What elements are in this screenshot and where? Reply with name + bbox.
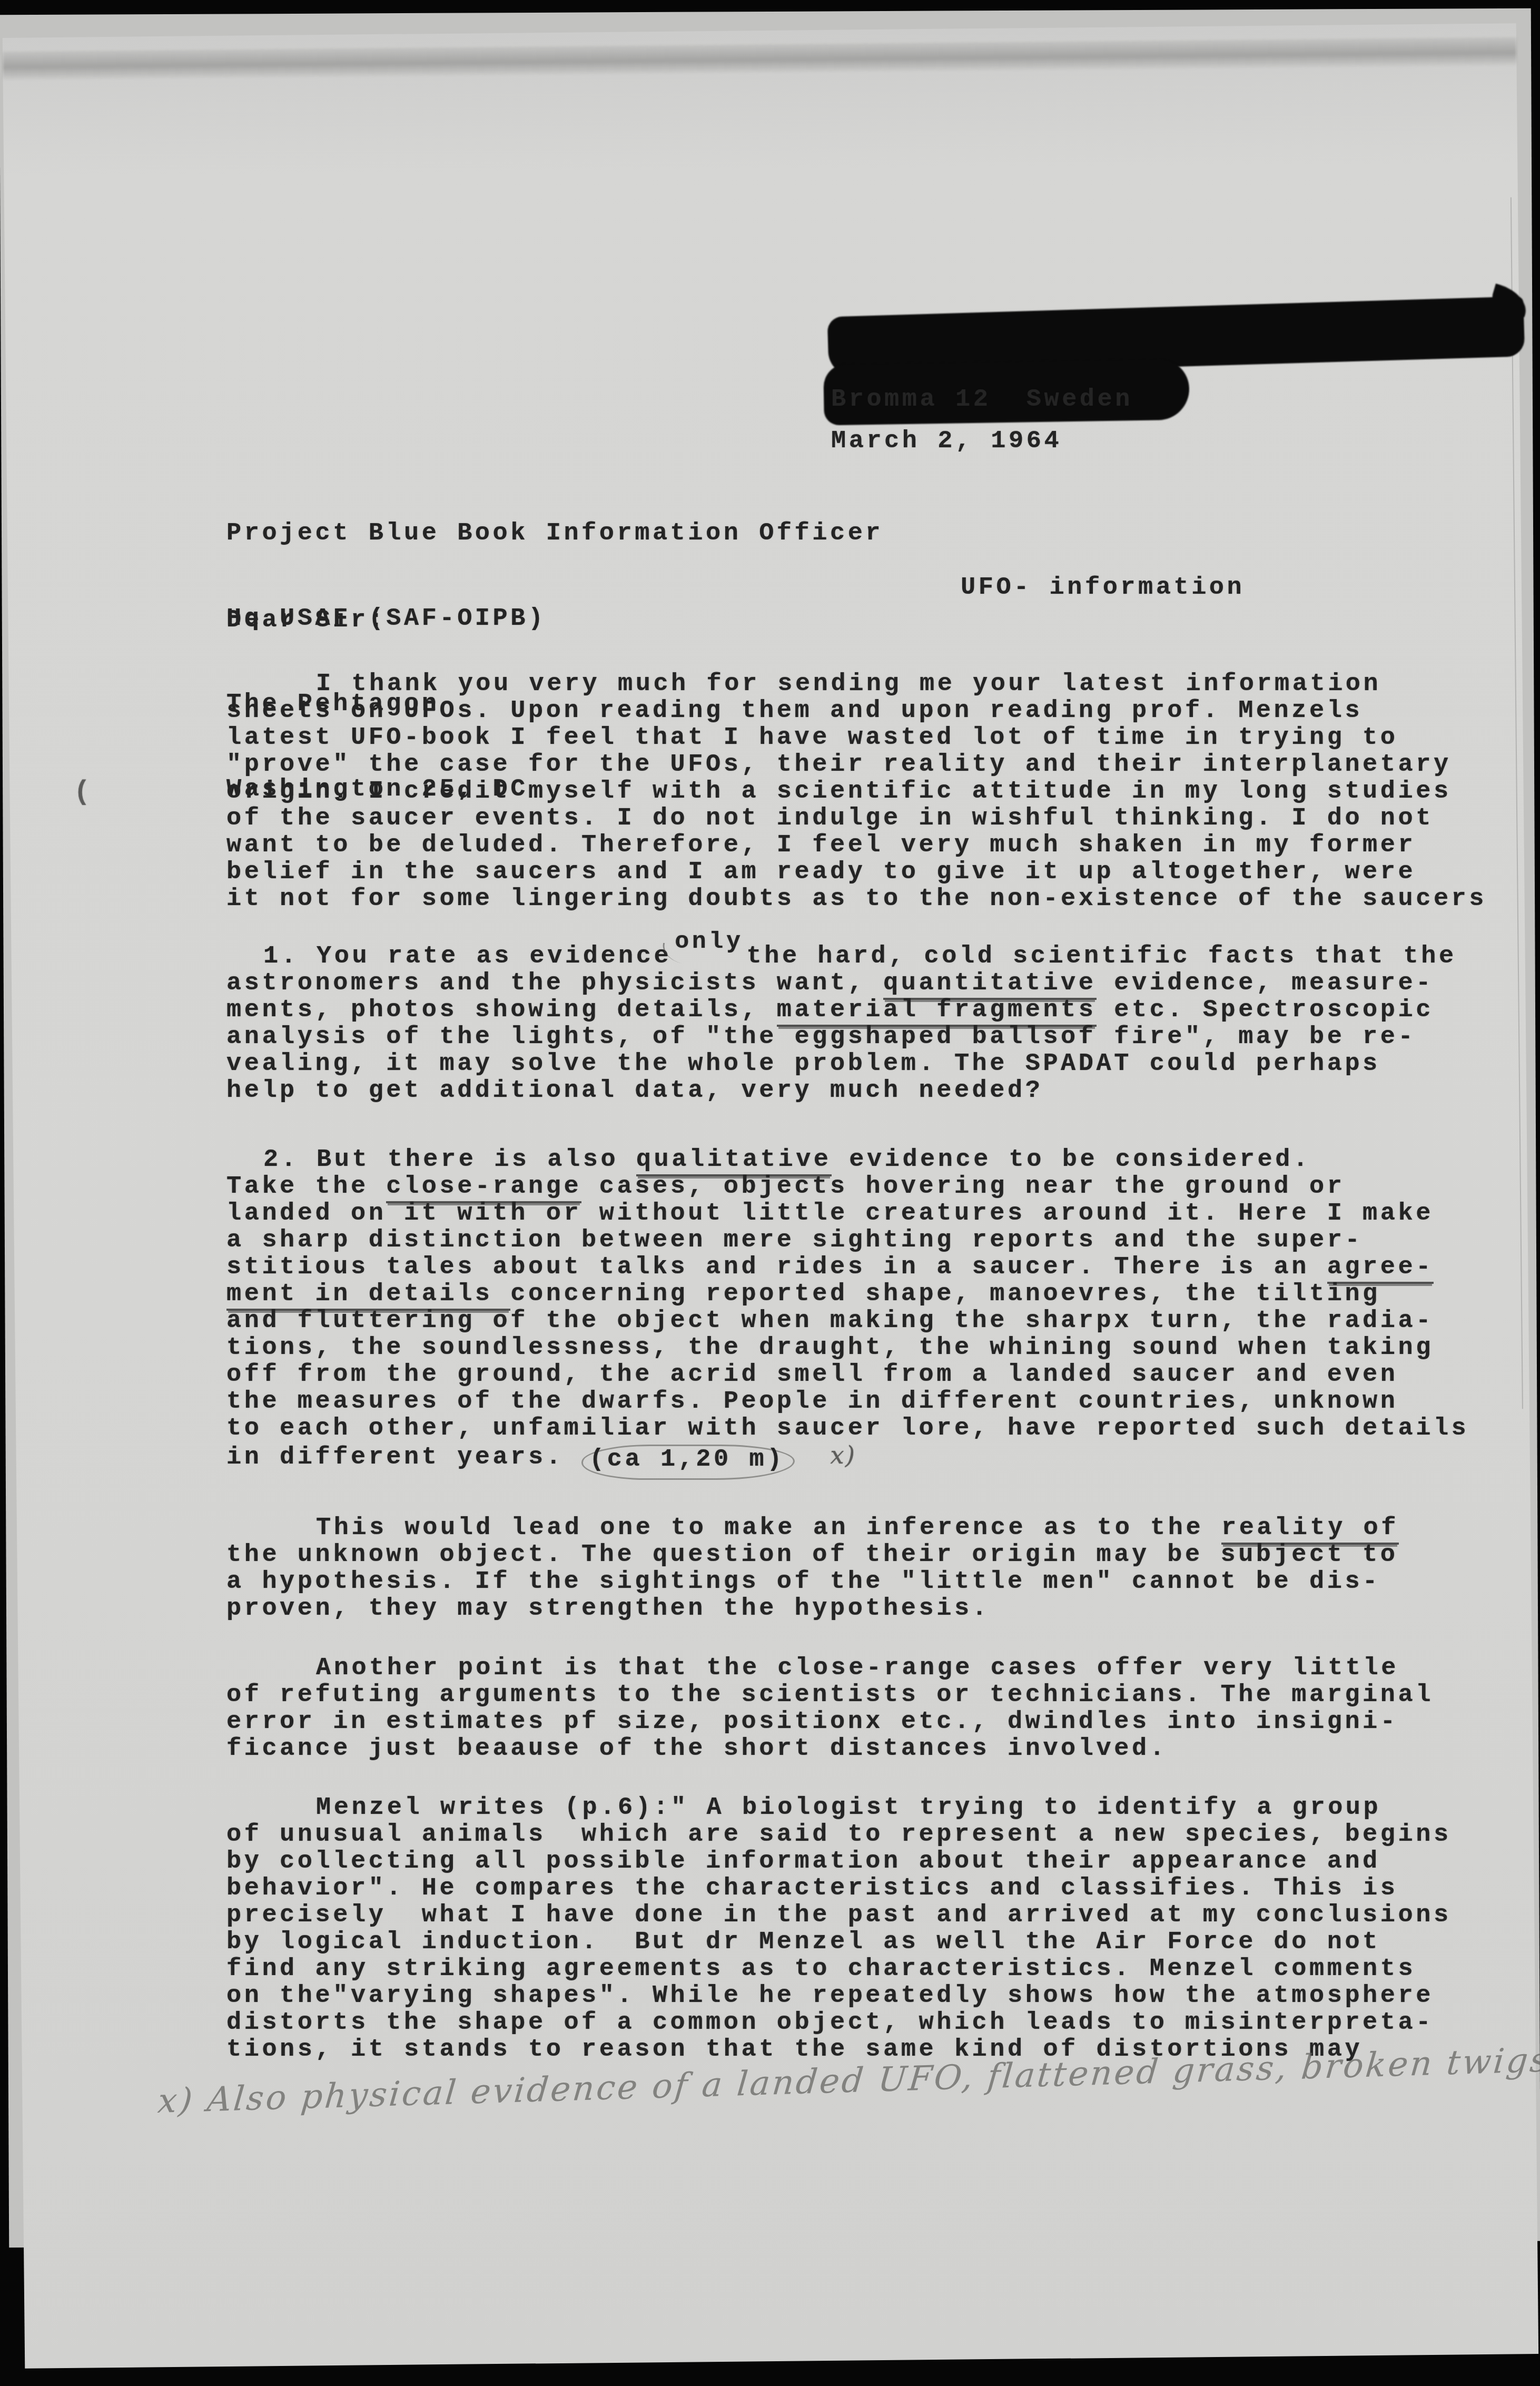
- text-segment: find any striking agreements as to chara…: [226, 1955, 1416, 1983]
- text-segment: 2. But there is also: [263, 1146, 636, 1174]
- salutation: Dear Sir:: [226, 607, 386, 634]
- text-segment: ments, photos showing details,: [226, 996, 777, 1024]
- text-segment: sheets on UFOs. Upon reading them and up…: [226, 697, 1363, 725]
- letter-line: proven, they may strengthen the hypothes…: [226, 1595, 1527, 1622]
- letter-date: March 2, 1964: [831, 428, 1062, 455]
- text-segment: proven, they may strengthen the hypothes…: [226, 1595, 990, 1623]
- inserted-word: only: [675, 928, 743, 955]
- letter-line: 2. But there is also qualitative evidenc…: [226, 1146, 1527, 1173]
- text-segment: Take the: [226, 1173, 386, 1201]
- text-segment: origin. I credit myself with a scientifi…: [226, 778, 1452, 806]
- text-segment: by logical induction. But dr Menzel as w…: [226, 1928, 1380, 1956]
- underlined-text: qualitative: [636, 1146, 832, 1176]
- letter-line: the unknown object. The question of thei…: [226, 1541, 1527, 1568]
- text-segment: latest UFO-book I feel that I have waste…: [226, 724, 1398, 752]
- text-segment: cases, objects hovering near the ground …: [581, 1173, 1345, 1201]
- text-segment: a hypothesis. If the sightings of the "l…: [226, 1568, 1380, 1596]
- letter-line: origin. I credit myself with a scientifi…: [226, 778, 1527, 805]
- text-segment: off from the ground, the acrid smell fro…: [226, 1361, 1398, 1389]
- text-segment: the measures of the dwarfs. People in di…: [226, 1388, 1398, 1416]
- letter-line: a hypothesis. If the sightings of the "l…: [226, 1568, 1527, 1595]
- paragraph: Another point is that the close-range ca…: [226, 1655, 1527, 1762]
- letter-line: vealing, it may solve the whole problem.…: [226, 1050, 1527, 1077]
- letter-line: tions, the soundlessness, the draught, t…: [226, 1334, 1527, 1361]
- letter-line: sheets on UFOs. Upon reading them and up…: [226, 698, 1527, 724]
- text-segment: 1. You rate as evidence: [263, 942, 672, 970]
- letter-line: the measures of the dwarfs. People in di…: [226, 1388, 1527, 1415]
- letter-line: distorts the shape of a common object, w…: [226, 2009, 1527, 2036]
- text-segment: want to be deluded. Therefore, I feel ve…: [226, 831, 1416, 859]
- letter-line: I thank you very much for sending me you…: [226, 671, 1527, 698]
- paragraph: This would lead one to make an inference…: [226, 1515, 1527, 1622]
- text-segment: ficance just beaause of the short distan…: [226, 1735, 1167, 1763]
- letter-line: it not for some lingering doubts as to t…: [226, 886, 1527, 912]
- letter-line: by logical induction. But dr Menzel as w…: [226, 1929, 1527, 1956]
- recipient-line: Project Blue Book Information Officer: [226, 519, 883, 548]
- letter-line: belief in the saucers and I am ready to …: [226, 859, 1527, 886]
- subject-line: UFO- information: [961, 574, 1245, 601]
- scanned-letter-screenshot: { "letter": { "sender": { "city_line": "…: [0, 0, 1540, 2386]
- letter-line: of unusual animals which are said to rep…: [226, 1821, 1527, 1848]
- letter-line: latest UFO-book I feel that I have waste…: [226, 724, 1527, 751]
- circled-text: (ca 1,20 m): [581, 1445, 795, 1480]
- margin-pencil-mark: (: [74, 779, 93, 806]
- text-segment: distorts the shape of a common object, w…: [226, 2009, 1434, 2037]
- underlined-text: quantitative: [883, 969, 1096, 1000]
- paragraph: 1. You rate as evidenceonlythe hard, col…: [226, 943, 1527, 1104]
- text-segment: belief in the saucers and I am ready to …: [226, 858, 1416, 886]
- text-segment: of unusual animals which are said to rep…: [226, 1821, 1452, 1849]
- letter-line: find any striking agreements as to chara…: [226, 1956, 1527, 1982]
- text-segment: This would lead one to make an inference…: [316, 1514, 1221, 1542]
- text-segment: evidence to be considered.: [832, 1146, 1311, 1174]
- text-segment: by collecting all possible information a…: [226, 1848, 1380, 1876]
- letter-line: off from the ground, the acrid smell fro…: [226, 1361, 1527, 1388]
- letter-line: astronomers and the physicists want, qua…: [226, 970, 1527, 997]
- text-segment: analysis of the lights, of "the eggshape…: [226, 1023, 1416, 1051]
- letter-line: 1. You rate as evidenceonlythe hard, col…: [226, 943, 1527, 970]
- text-segment: Menzel writes (p.6):" A biologist trying…: [316, 1794, 1381, 1822]
- letter-line: Take the close-range cases, objects hove…: [226, 1173, 1527, 1200]
- text-segment: of refuting arguments to the scientists …: [226, 1681, 1434, 1709]
- letter-line: in different years. (ca 1,20 m) x): [226, 1442, 1527, 1469]
- text-segment: stitious tales about talks and rides in …: [226, 1253, 1327, 1281]
- letter-line: "prove" the case for the UFOs, their rea…: [226, 751, 1527, 778]
- text-segment: help to get additional data, very much n…: [226, 1077, 1043, 1105]
- letter-line: of the saucer events. I do not indulge i…: [226, 805, 1527, 832]
- text-segment: on the"varying shapes". While he repeate…: [226, 1982, 1434, 2010]
- letter-line: of refuting arguments to the scientists …: [226, 1682, 1527, 1709]
- letter-line: This would lead one to make an inference…: [226, 1515, 1527, 1541]
- letter-line: error in estimates pf size, positionx et…: [226, 1709, 1527, 1735]
- text-segment: [795, 1444, 830, 1471]
- paragraph: I thank you very much for sending me you…: [226, 671, 1527, 912]
- underlined-text: close-range: [386, 1173, 581, 1203]
- letter-line: ment in details concerning reported shap…: [226, 1281, 1527, 1308]
- text-segment: the unknown object. The question of thei…: [226, 1541, 1398, 1569]
- text-segment: etc. Spectroscopic: [1097, 996, 1434, 1024]
- letter-line: ficance just beaause of the short distan…: [226, 1735, 1527, 1762]
- letter-body: I thank you very much for sending me you…: [226, 671, 1527, 2063]
- text-segment: landed on it with or without little crea…: [226, 1200, 1434, 1228]
- letter-line: want to be deluded. Therefore, I feel ve…: [226, 832, 1527, 859]
- letter-line: Menzel writes (p.6):" A biologist trying…: [226, 1794, 1527, 1821]
- letter-line: on the"varying shapes". While he repeate…: [226, 1982, 1527, 2009]
- underlined-text: ment in details: [226, 1280, 510, 1311]
- text-segment: it not for some lingering doubts as to t…: [226, 885, 1487, 913]
- letter-line: a sharp distinction between mere sightin…: [226, 1227, 1527, 1254]
- text-segment: Another point is that the close-range ca…: [316, 1654, 1399, 1682]
- letter-line: help to get additional data, very much n…: [226, 1077, 1527, 1104]
- text-segment: concerning reported shape, manoevres, th…: [510, 1280, 1380, 1308]
- underlined-text: agree-: [1327, 1253, 1434, 1284]
- text-segment: and fluttering of the object when making…: [226, 1307, 1434, 1335]
- text-segment: to each other, unfamiliar with saucer lo…: [226, 1415, 1469, 1442]
- text-segment: in different years.: [226, 1444, 581, 1471]
- letter-line: to each other, unfamiliar with saucer lo…: [226, 1415, 1527, 1442]
- paragraph: Menzel writes (p.6):" A biologist trying…: [226, 1794, 1527, 2063]
- text-segment: precisely what I have done in the past a…: [226, 1901, 1452, 1929]
- letter-line: behavior". He compares the characteristi…: [226, 1875, 1527, 1902]
- letter-line: precisely what I have done in the past a…: [226, 1902, 1527, 1929]
- text-segment: tions, the soundlessness, the draught, t…: [226, 1334, 1434, 1362]
- text-segment: evidence, measure-: [1097, 969, 1434, 997]
- top-fold-shadow: [3, 37, 1516, 80]
- handwritten-mark: x): [830, 1441, 856, 1470]
- paragraph: 2. But there is also qualitative evidenc…: [226, 1146, 1527, 1469]
- letter-line: by collecting all possible information a…: [226, 1848, 1527, 1875]
- letter-line: analysis of the lights, of "the eggshape…: [226, 1024, 1527, 1050]
- underlined-text: reality of: [1221, 1514, 1399, 1545]
- underlined-text: material fragments: [777, 996, 1097, 1027]
- letter-line: stitious tales about talks and rides in …: [226, 1254, 1527, 1281]
- text-segment: a sharp distinction between mere sightin…: [226, 1226, 1363, 1254]
- text-segment: the hard, cold scientific facts that the: [747, 942, 1457, 970]
- letter-line: ments, photos showing details, material …: [226, 997, 1527, 1024]
- text-segment: vealing, it may solve the whole problem.…: [226, 1050, 1380, 1078]
- text-segment: error in estimates pf size, positionx et…: [226, 1708, 1398, 1736]
- text-segment: "prove" the case for the UFOs, their rea…: [226, 751, 1452, 779]
- text-segment: of the saucer events. I do not indulge i…: [226, 804, 1434, 832]
- letter-line: landed on it with or without little crea…: [226, 1200, 1527, 1227]
- text-segment: astronomers and the physicists want,: [226, 969, 883, 997]
- letter-line: Another point is that the close-range ca…: [226, 1655, 1527, 1682]
- sender-city-line: Bromma 12 Sweden: [831, 386, 1133, 413]
- letter-line: and fluttering of the object when making…: [226, 1308, 1527, 1334]
- text-segment: I thank you very much for sending me you…: [316, 670, 1381, 698]
- text-segment: behavior". He compares the characteristi…: [226, 1874, 1398, 1902]
